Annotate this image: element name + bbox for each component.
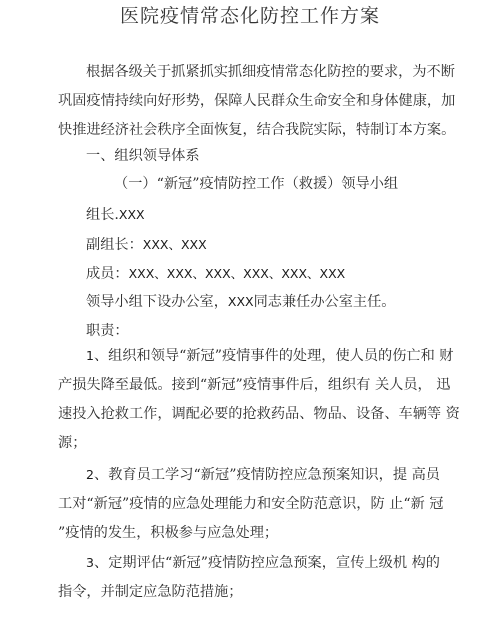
duty-2-number: 2 <box>86 467 94 482</box>
duties-label: 职责： <box>86 321 129 341</box>
duty-1-line-2: 产损失降至最低。接到“新冠”疫情事件后，组织有 关人员， 迅 <box>58 375 440 395</box>
deputy-label: 副组长： <box>86 237 143 253</box>
members-label: 成员： <box>86 266 129 282</box>
duty-2-line-2: 工对“新冠”疫情的应急处理能力和安全防范意识，防 止“新 冠 <box>58 494 440 514</box>
intro-line-2: 巩固疫情持续向好形势，保障人民群众生命安全和身体健康，加 <box>58 91 440 111</box>
deputy-row: 副组长：XXX、XXX <box>86 235 207 255</box>
duty-2-text-1: 、教育员工学习“新冠”疫情防控应急预案知识，提 高员 <box>94 467 440 483</box>
duty-1-line-3: 速投入抢救工作，调配必要的抢救药品、物品、设备、车辆等 资 <box>58 404 440 424</box>
members-value: XXX、XXX、XXX、XXX、XXX、XXX <box>129 266 346 281</box>
members-row: 成员：XXX、XXX、XXX、XXX、XXX、XXX <box>86 264 345 284</box>
duty-1-number: 1 <box>86 348 94 363</box>
duty-2-line-3: ”疫情的发生，积极参与应急处理； <box>58 523 278 543</box>
duty-1-text-1: 、组织和领导“新冠”疫情事件的处理，使人员的伤亡和 财 <box>94 348 454 364</box>
document-title: 医院疫情常态化防控工作方案 <box>0 4 500 28</box>
duty-3-line-2: 指令，并制定应急防范措施； <box>58 582 242 602</box>
office-row: 领导小组下设办公室，XXX同志兼任办公室主任。 <box>86 292 395 312</box>
leader-row: 组长.XXX <box>86 205 145 225</box>
section-heading: 一、组织领导体系 <box>86 146 200 166</box>
office-prefix: 领导小组下设办公室， <box>86 294 228 310</box>
duty-1-line-4: 源； <box>58 433 86 453</box>
deputy-value: XXX、XXX <box>143 237 207 252</box>
leader-label: 组长. <box>86 207 119 223</box>
office-name: XXX <box>228 294 254 309</box>
document-page: 医院疫情常态化防控工作方案 根据各级关于抓紧抓实抓细疫情常态化防控的要求，为不断… <box>0 0 500 627</box>
duty-1-line-1: 1、组织和领导“新冠”疫情事件的处理，使人员的伤亡和 财 <box>86 346 440 366</box>
leader-value: XXX <box>119 207 145 222</box>
section-subheading: （一）“新冠”疫情防控工作（救援）领导小组 <box>114 174 398 194</box>
intro-line-1: 根据各级关于抓紧抓实抓细疫情常态化防控的要求，为不断 <box>86 62 440 82</box>
office-suffix: 同志兼任办公室主任。 <box>254 294 396 310</box>
duty-3-number: 3 <box>86 555 94 570</box>
duty-3-line-1: 3、定期评估“新冠”疫情防控应急预案，宣传上级机 构的 <box>86 553 440 573</box>
duty-2-line-1: 2、教育员工学习“新冠”疫情防控应急预案知识，提 高员 <box>86 465 440 485</box>
intro-line-3: 快推进经济社会秩序全面恢复，结合我院实际，特制订本方案。 <box>58 120 455 140</box>
duty-3-text-1: 、定期评估“新冠”疫情防控应急预案，宣传上级机 构的 <box>94 555 440 571</box>
